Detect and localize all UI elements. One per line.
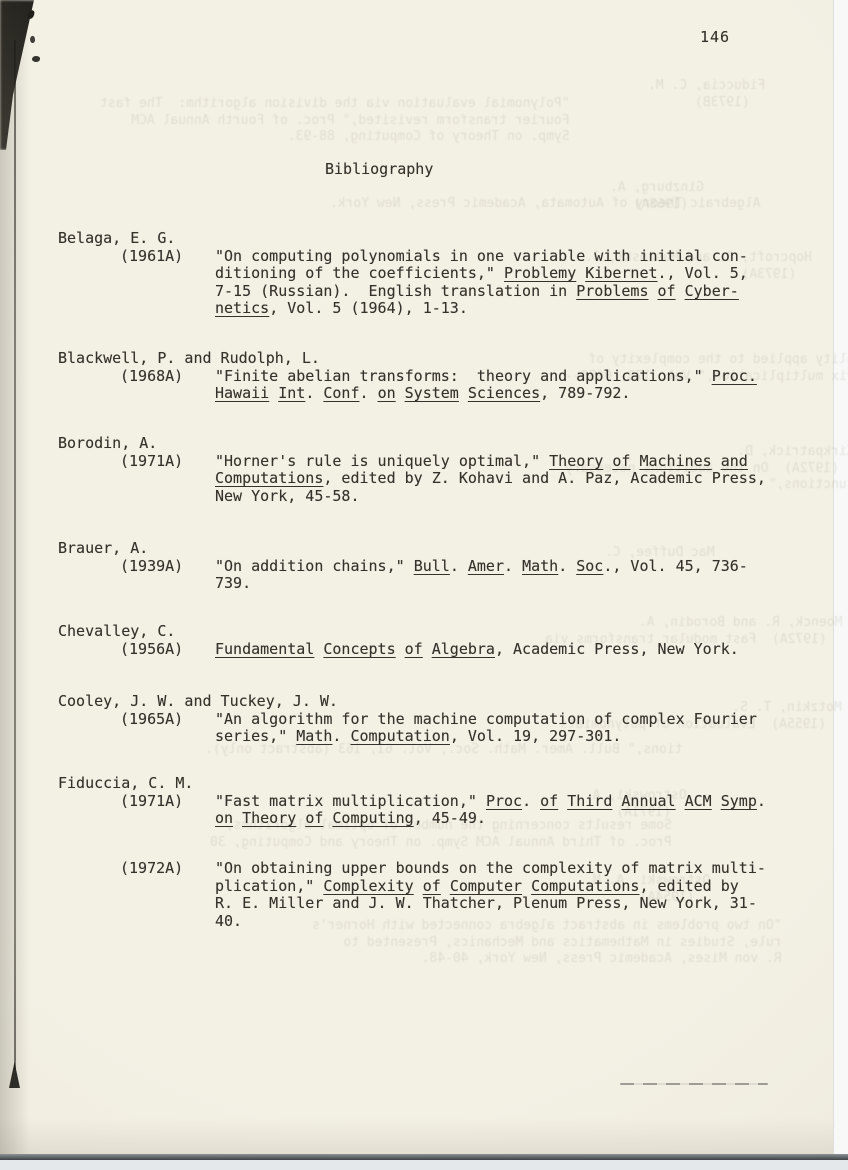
underlined-text: Sciences: [468, 384, 540, 402]
underlined-text: on: [215, 809, 233, 827]
plain-text: [296, 809, 305, 827]
underlined-text: Theory: [549, 452, 603, 470]
author-name: Brauer, A.: [58, 540, 775, 558]
underlined-text: Int: [278, 384, 305, 402]
underlined-text: Math: [522, 557, 558, 575]
underlined-text: Computations: [215, 469, 323, 487]
plain-text: .: [558, 557, 576, 575]
bib-entry: Cooley, J. W. and Tuckey, J. W.(1965A)"A…: [58, 693, 775, 746]
entry-body: "An algorithm for the machine computatio…: [215, 711, 775, 746]
entry-line: Computations, edited by Z. Kohavi and A.…: [215, 470, 775, 488]
plain-text: "On obtaining upper bounds on the comple…: [215, 859, 766, 877]
underlined-text: of: [305, 809, 323, 827]
bib-entry: (1972A)"On obtaining upper bounds on the…: [58, 860, 775, 930]
plain-text: ditioning of the coefficients,": [215, 264, 504, 282]
plain-text: .: [450, 557, 468, 575]
plain-text: "Horner's rule is uniquely optimal,": [215, 452, 549, 470]
underlined-text: Problemy: [504, 264, 576, 282]
year-label: (1971A): [120, 453, 183, 471]
plain-text: New York, 45-58.: [215, 487, 360, 505]
plain-text: series,": [215, 727, 296, 745]
plain-text: .: [522, 792, 540, 810]
entry-line: "On addition chains," Bull. Amer. Math. …: [215, 558, 775, 576]
plain-text: 739.: [215, 574, 251, 592]
year-label: (1971A): [120, 793, 183, 811]
underlined-text: Machines: [639, 452, 711, 470]
plain-text: [603, 452, 612, 470]
plain-text: , 789-792.: [540, 384, 630, 402]
underlined-text: and: [721, 452, 748, 470]
plain-text: , 45-49.: [414, 809, 486, 827]
underlined-text: System: [405, 384, 459, 402]
plain-text: [712, 792, 721, 810]
underlined-text: of: [658, 282, 676, 300]
plain-text: plication,": [215, 877, 323, 895]
entry-line: "An algorithm for the machine computatio…: [215, 711, 775, 729]
underlined-text: ACM: [685, 792, 712, 810]
entry-body: "On computing polynomials in one variabl…: [215, 248, 775, 318]
plain-text: [269, 384, 278, 402]
entry-line: 739.: [215, 575, 775, 593]
entry-row: (1939A)"On addition chains," Bull. Amer.…: [58, 558, 775, 593]
plain-text: [414, 877, 423, 895]
plain-text: [558, 792, 567, 810]
plain-text: "Finite abelian transforms: theory and a…: [215, 367, 712, 385]
plain-text: [676, 792, 685, 810]
plain-text: [522, 877, 531, 895]
underlined-text: Kibernet: [585, 264, 657, 282]
year-label: (1972A): [120, 860, 183, 878]
entry-row: (1965A)"An algorithm for the machine com…: [58, 711, 775, 746]
plain-text: [423, 640, 432, 658]
plain-text: , Academic Press, New York.: [495, 640, 739, 658]
plain-text: , edited by: [639, 877, 738, 895]
underlined-text: of: [540, 792, 558, 810]
plain-text: "An algorithm for the machine computatio…: [215, 710, 757, 728]
year-label: (1939A): [120, 558, 183, 576]
bib-entry: Belaga, E. G.(1961A)"On computing polyno…: [58, 230, 775, 318]
underlined-text: Conf: [323, 384, 359, 402]
entry-line: netics, Vol. 5 (1964), 1-13.: [215, 300, 775, 318]
plain-text: 40.: [215, 912, 242, 930]
plain-text: [676, 282, 685, 300]
entry-line: Hawaii Int. Conf. on System Sciences, 78…: [215, 385, 775, 403]
underlined-text: of: [405, 640, 423, 658]
plain-text: R. E. Miller and J. W. Thatcher, Plenum …: [215, 894, 757, 912]
entry-body: "Finite abelian transforms: theory and a…: [215, 368, 775, 403]
plain-text: , Vol. 19, 297-301.: [450, 727, 622, 745]
underlined-text: Soc: [576, 557, 603, 575]
entry-line: series," Math. Computation, Vol. 19, 297…: [215, 728, 775, 746]
plain-text: [396, 640, 405, 658]
entry-line: 7-15 (Russian). English translation in P…: [215, 283, 775, 301]
entry-line: Fundamental Concepts of Algebra, Academi…: [215, 641, 775, 659]
entry-line: "Fast matrix multiplication," Proc. of T…: [215, 793, 775, 811]
entry-line: ditioning of the coefficients," Problemy…: [215, 265, 775, 283]
plain-text: [233, 809, 242, 827]
underlined-text: Third: [567, 792, 612, 810]
entry-line: R. E. Miller and J. W. Thatcher, Plenum …: [215, 895, 775, 913]
entry-line: plication," Complexity of Computer Compu…: [215, 878, 775, 896]
bib-entry: Borodin, A.(1971A)"Horner's rule is uniq…: [58, 435, 775, 505]
author-name: Blackwell, P. and Rudolph, L.: [58, 350, 775, 368]
plain-text: "On addition chains,": [215, 557, 414, 575]
author-name: Chevalley, C.: [58, 623, 775, 641]
plain-text: , edited by Z. Kohavi and A. Paz, Academ…: [323, 469, 766, 487]
underlined-text: of: [423, 877, 441, 895]
underlined-text: Hawaii: [215, 384, 269, 402]
bib-entry: Chevalley, C.(1956A)Fundamental Concepts…: [58, 623, 775, 658]
entry-body: Fundamental Concepts of Algebra, Academi…: [215, 641, 775, 659]
underlined-text: Cyber-: [685, 282, 739, 300]
plain-text: .: [360, 384, 378, 402]
bib-entry: Fiduccia, C. M.(1971A)"Fast matrix multi…: [58, 775, 775, 828]
entry-row: (1971A)"Horner's rule is uniquely optima…: [58, 453, 775, 506]
entry-line: "On computing polynomials in one variabl…: [215, 248, 775, 266]
underlined-text: Problems: [576, 282, 648, 300]
plain-text: .: [757, 792, 766, 810]
plain-text: ., Vol. 5,: [658, 264, 748, 282]
plain-text: .: [504, 557, 522, 575]
entry-body: "Horner's rule is uniquely optimal," The…: [215, 453, 775, 506]
entry-body: "On addition chains," Bull. Amer. Math. …: [215, 558, 775, 593]
entry-line: New York, 45-58.: [215, 488, 775, 506]
plain-text: .: [332, 727, 350, 745]
underlined-text: Annual: [621, 792, 675, 810]
plain-text: "On computing polynomials in one variabl…: [215, 247, 748, 265]
plain-text: [648, 282, 657, 300]
underlined-text: on: [378, 384, 396, 402]
plain-text: [441, 877, 450, 895]
entry-row: (1956A)Fundamental Concepts of Algebra, …: [58, 641, 775, 659]
plain-text: 7-15 (Russian). English translation in: [215, 282, 576, 300]
scanner-background: [0, 1160, 848, 1170]
underlined-text: Complexity: [323, 877, 413, 895]
underlined-text: Proc: [486, 792, 522, 810]
plain-text: [712, 452, 721, 470]
entry-body: "On obtaining upper bounds on the comple…: [215, 860, 775, 930]
underlined-text: Computing: [332, 809, 413, 827]
underlined-text: Amer: [468, 557, 504, 575]
underlined-text: Bull: [414, 557, 450, 575]
plain-text: "Fast matrix multiplication,": [215, 792, 486, 810]
underlined-text: Fundamental: [215, 640, 314, 658]
plain-text: [576, 264, 585, 282]
entry-line: "Finite abelian transforms: theory and a…: [215, 368, 775, 386]
author-name: Fiduccia, C. M.: [58, 775, 775, 793]
underlined-text: of: [612, 452, 630, 470]
entry-row: (1972A)"On obtaining upper bounds on the…: [58, 860, 775, 930]
underlined-text: Computer: [450, 877, 522, 895]
plain-text: ., Vol. 45, 736-: [603, 557, 748, 575]
entry-line: on Theory of Computing, 45-49.: [215, 810, 775, 828]
entry-row: (1968A)"Finite abelian transforms: theor…: [58, 368, 775, 403]
author-name: Cooley, J. W. and Tuckey, J. W.: [58, 693, 775, 711]
entry-row: (1961A)"On computing polynomials in one …: [58, 248, 775, 318]
underlined-text: Theory: [242, 809, 296, 827]
spine-crease-line: [14, 40, 16, 1070]
bib-entry: Blackwell, P. and Rudolph, L.(1968A)"Fin…: [58, 350, 775, 403]
year-label: (1956A): [120, 641, 183, 659]
author-name: Belaga, E. G.: [58, 230, 775, 248]
entry-line: "On obtaining upper bounds on the comple…: [215, 860, 775, 878]
year-label: (1968A): [120, 368, 183, 386]
bibliography-entries: Belaga, E. G.(1961A)"On computing polyno…: [58, 0, 778, 1157]
entry-body: "Fast matrix multiplication," Proc. of T…: [215, 793, 775, 828]
author-name: Borodin, A.: [58, 435, 775, 453]
plain-text: , Vol. 5 (1964), 1-13.: [269, 299, 468, 317]
year-label: (1961A): [120, 248, 183, 266]
plain-text: [396, 384, 405, 402]
entry-line: "Horner's rule is uniquely optimal," The…: [215, 453, 775, 471]
entry-line: 40.: [215, 913, 775, 931]
underlined-text: Symp: [721, 792, 757, 810]
underlined-text: Algebra: [432, 640, 495, 658]
underlined-text: netics: [215, 299, 269, 317]
underlined-text: Math: [296, 727, 332, 745]
year-label: (1965A): [120, 711, 183, 729]
underlined-text: Proc.: [712, 367, 757, 385]
underlined-text: Computation: [350, 727, 449, 745]
underlined-text: Computations: [531, 877, 639, 895]
bib-entry: Brauer, A.(1939A)"On addition chains," B…: [58, 540, 775, 593]
entry-row: (1971A)"Fast matrix multiplication," Pro…: [58, 793, 775, 828]
scanned-page: Fiduccia, C. M. (1973B)"Polynomial evalu…: [0, 0, 848, 1170]
plain-text: .: [305, 384, 323, 402]
plain-text: [459, 384, 468, 402]
underlined-text: Concepts: [323, 640, 395, 658]
